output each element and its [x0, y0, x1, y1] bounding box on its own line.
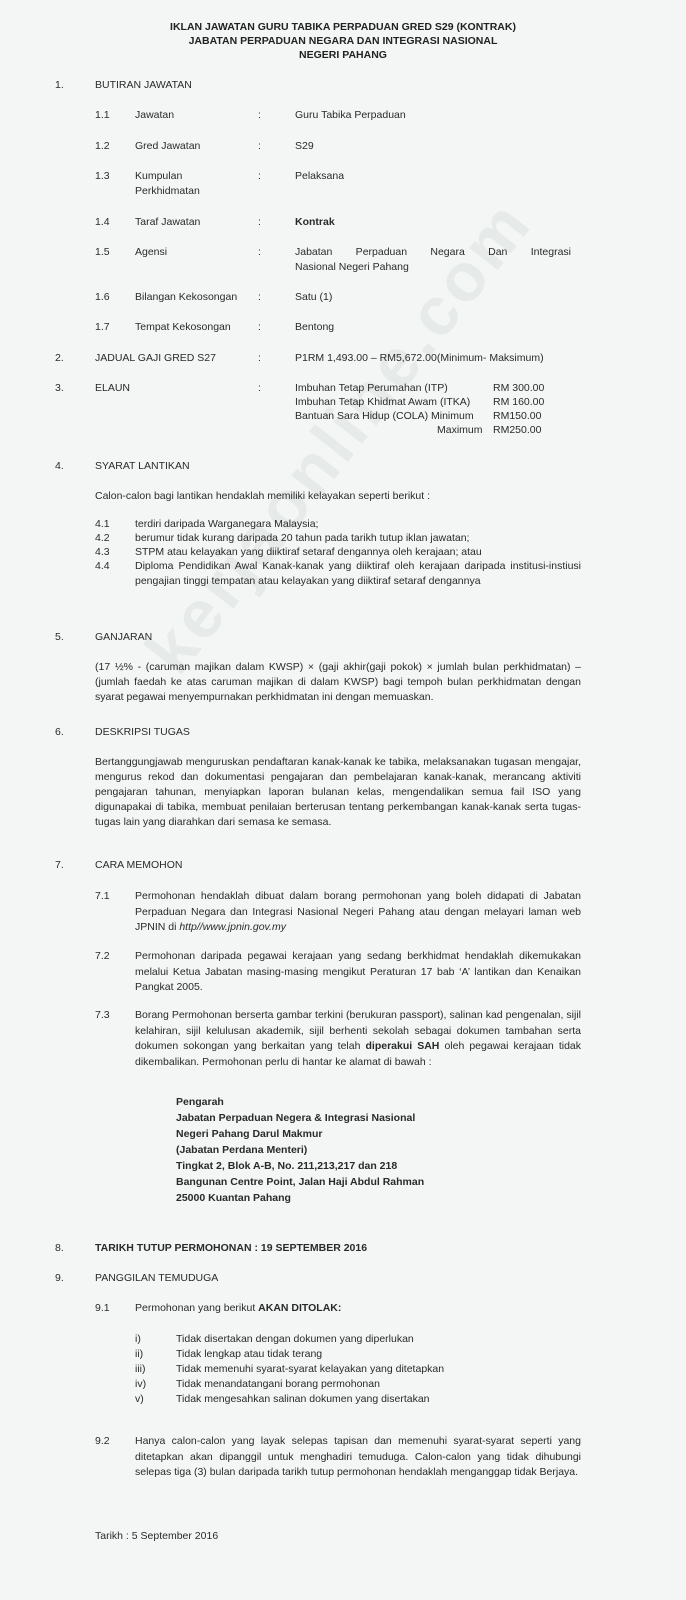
application-step-number: 7.1	[95, 890, 110, 902]
section-7-title: CARA MEMOHON	[95, 859, 183, 871]
closing-date: TARIKH TUTUP PERMOHONAN : 19 SEPTEMBER 2…	[95, 1242, 367, 1254]
reason-number: i)	[135, 1333, 141, 1345]
application-step-text-bold: diperakui SAH	[366, 1040, 440, 1052]
rejection-heading-bold: AKAN DITOLAK:	[258, 1302, 341, 1314]
address-line: Jabatan Perpaduan Negera & Integrasi Nas…	[176, 1110, 424, 1126]
reason-text: Tidak memenuhi syarat-syarat kelayakan y…	[176, 1363, 444, 1375]
address-line: Tingkat 2, Blok A-B, No. 211,213,217 dan…	[176, 1158, 424, 1174]
item-label: Agensi	[135, 246, 167, 258]
reason-text: Tidak lengkap atau tidak terang	[176, 1348, 322, 1360]
application-step-number: 7.3	[95, 1009, 110, 1021]
job-description: Bertanggungjawab menguruskan pendaftaran…	[95, 755, 581, 830]
allowance-label: Imbuhan Tetap Khidmat Awam (ITKA)	[295, 396, 470, 408]
header-line-2: JABATAN PERPADUAN NEGARA DAN INTEGRASI N…	[0, 34, 686, 48]
header-line-1: IKLAN JAWATAN GURU TABIKA PERPADUAN GRED…	[0, 20, 686, 34]
requirement-text: Diploma Pendidikan Awal Kanak-kanak yang…	[135, 559, 581, 588]
item-label: Tempat Kekosongan	[135, 321, 231, 333]
section-1-number: 1.	[55, 79, 64, 91]
item-number: 1.6	[95, 291, 110, 303]
requirement-number: 4.3	[95, 546, 110, 558]
rejection-heading: Permohonan yang berikut AKAN DITOLAK:	[135, 1302, 341, 1314]
item-colon: :	[258, 321, 261, 333]
section-6-number: 6.	[55, 726, 64, 738]
reason-number: ii)	[135, 1348, 143, 1360]
item-label: Gred Jawatan	[135, 140, 200, 152]
application-step-text: Borang Permohonan berserta gambar terkin…	[135, 1008, 581, 1070]
item-number: 1.2	[95, 140, 110, 152]
requirement-number: 4.1	[95, 518, 110, 530]
item-value-gred: S29	[295, 140, 314, 152]
allowance-value: RM 160.00	[493, 396, 544, 408]
item-label: Kumpulan	[135, 170, 182, 182]
section-9-title: PANGGILAN TEMUDUGA	[95, 1272, 218, 1284]
item-label: Taraf Jawatan	[135, 216, 200, 228]
application-step-number: 7.2	[95, 950, 110, 962]
header-line-3: NEGERI PAHANG	[0, 48, 686, 62]
item-colon: :	[258, 246, 261, 258]
item-number: 1.1	[95, 109, 110, 121]
section-3-colon: :	[258, 382, 261, 394]
item-value-agensi: Jabatan Perpaduan Negara Dan Integrasi	[295, 246, 571, 258]
application-step-text: Permohonan hendaklah dibuat dalam borang…	[135, 889, 581, 936]
item-colon: :	[258, 109, 261, 121]
item-value-taraf: Kontrak	[295, 216, 335, 228]
item-colon: :	[258, 170, 261, 182]
requirement-text: berumur tidak kurang daripada 20 tahun p…	[135, 532, 469, 544]
allowance-value: RM150.00	[493, 410, 541, 422]
document-header: IKLAN JAWATAN GURU TABIKA PERPADUAN GRED…	[0, 20, 686, 62]
reason-text: Tidak menandatangani borang permohonan	[176, 1378, 380, 1390]
rejection-heading-text: Permohonan yang berikut	[135, 1302, 258, 1314]
allowance-value: RM 300.00	[493, 382, 544, 394]
interview-item-number: 9.1	[95, 1302, 110, 1314]
requirement-number: 4.4	[95, 560, 110, 572]
section-4-number: 4.	[55, 460, 64, 472]
reason-number: iv)	[135, 1378, 146, 1390]
address-line: Negeri Pahang Darul Makmur	[176, 1126, 424, 1142]
item-value-bilangan: Satu (1)	[295, 291, 332, 303]
section-9-number: 9.	[55, 1272, 64, 1284]
item-value-agensi-line-2: Nasional Negeri Pahang	[295, 261, 409, 273]
reason-text: Tidak mengesahkan salinan dokumen yang d…	[176, 1393, 430, 1405]
application-step-text: Permohonan daripada pegawai kerajaan yan…	[135, 949, 581, 996]
gratuity-formula: (17 ½% - (caruman majikan dalam KWSP) × …	[95, 660, 581, 705]
section-7-number: 7.	[55, 859, 64, 871]
section-1-title: BUTIRAN JAWATAN	[95, 79, 192, 91]
allowance-value: RM250.00	[493, 424, 541, 436]
section-5-title: GANJARAN	[95, 631, 152, 643]
section-4-intro: Calon-calon bagi lantikan hendaklah memi…	[95, 490, 430, 502]
salary-range: P1RM 1,493.00 – RM5,672.00(Minimum- Maks…	[295, 352, 544, 364]
section-3-number: 3.	[55, 382, 64, 394]
requirement-text: terdiri daripada Warganegara Malaysia;	[135, 518, 318, 530]
section-2-title: JADUAL GAJI GRED S27	[95, 352, 216, 364]
reason-number: v)	[135, 1393, 144, 1405]
address-line: 25000 Kuantan Pahang	[176, 1190, 424, 1206]
item-colon: :	[258, 291, 261, 303]
requirement-number: 4.2	[95, 532, 110, 544]
item-value-kumpulan: Pelaksana	[295, 170, 344, 182]
section-8-number: 8.	[55, 1242, 64, 1254]
interview-note: Hanya calon-calon yang layak selepas tap…	[135, 1434, 581, 1481]
interview-item-number: 9.2	[95, 1435, 110, 1447]
address-line: Bangunan Centre Point, Jalan Haji Abdul …	[176, 1174, 424, 1190]
jpnin-website-link[interactable]: http//www.jpnin.gov.my	[179, 921, 286, 933]
allowance-label: Bantuan Sara Hidup (COLA) Minimum	[295, 410, 474, 422]
item-colon: :	[258, 216, 261, 228]
item-number: 1.7	[95, 321, 110, 333]
allowance-label: Maximum	[437, 424, 483, 436]
item-value-jawatan: Guru Tabika Perpaduan	[295, 109, 406, 121]
section-2-colon: :	[258, 352, 261, 364]
item-label-line-2: Perkhidmatan	[135, 185, 200, 197]
section-3-title: ELAUN	[95, 382, 130, 394]
item-label: Jawatan	[135, 109, 174, 121]
item-number: 1.4	[95, 216, 110, 228]
item-label: Bilangan Kekosongan	[135, 291, 237, 303]
address-line: (Jabatan Perdana Menteri)	[176, 1142, 424, 1158]
reason-number: iii)	[135, 1363, 146, 1375]
item-number: 1.3	[95, 170, 110, 182]
mailing-address: Pengarah Jabatan Perpaduan Negera & Inte…	[176, 1094, 424, 1206]
document-page: kerjaonline.com IKLAN JAWATAN GURU TABIK…	[0, 0, 686, 1600]
document-date: Tarikh : 5 September 2016	[95, 1530, 218, 1542]
item-number: 1.5	[95, 246, 110, 258]
item-value-tempat: Bentong	[295, 321, 334, 333]
section-6-title: DESKRIPSI TUGAS	[95, 726, 190, 738]
reason-text: Tidak disertakan dengan dokumen yang dip…	[176, 1333, 414, 1345]
address-line: Pengarah	[176, 1094, 424, 1110]
section-2-number: 2.	[55, 352, 64, 364]
section-4-title: SYARAT LANTIKAN	[95, 460, 190, 472]
requirement-text: STPM atau kelayakan yang diiktiraf setar…	[135, 546, 482, 558]
section-5-number: 5.	[55, 631, 64, 643]
allowance-label: Imbuhan Tetap Perumahan (ITP)	[295, 382, 448, 394]
item-colon: :	[258, 140, 261, 152]
